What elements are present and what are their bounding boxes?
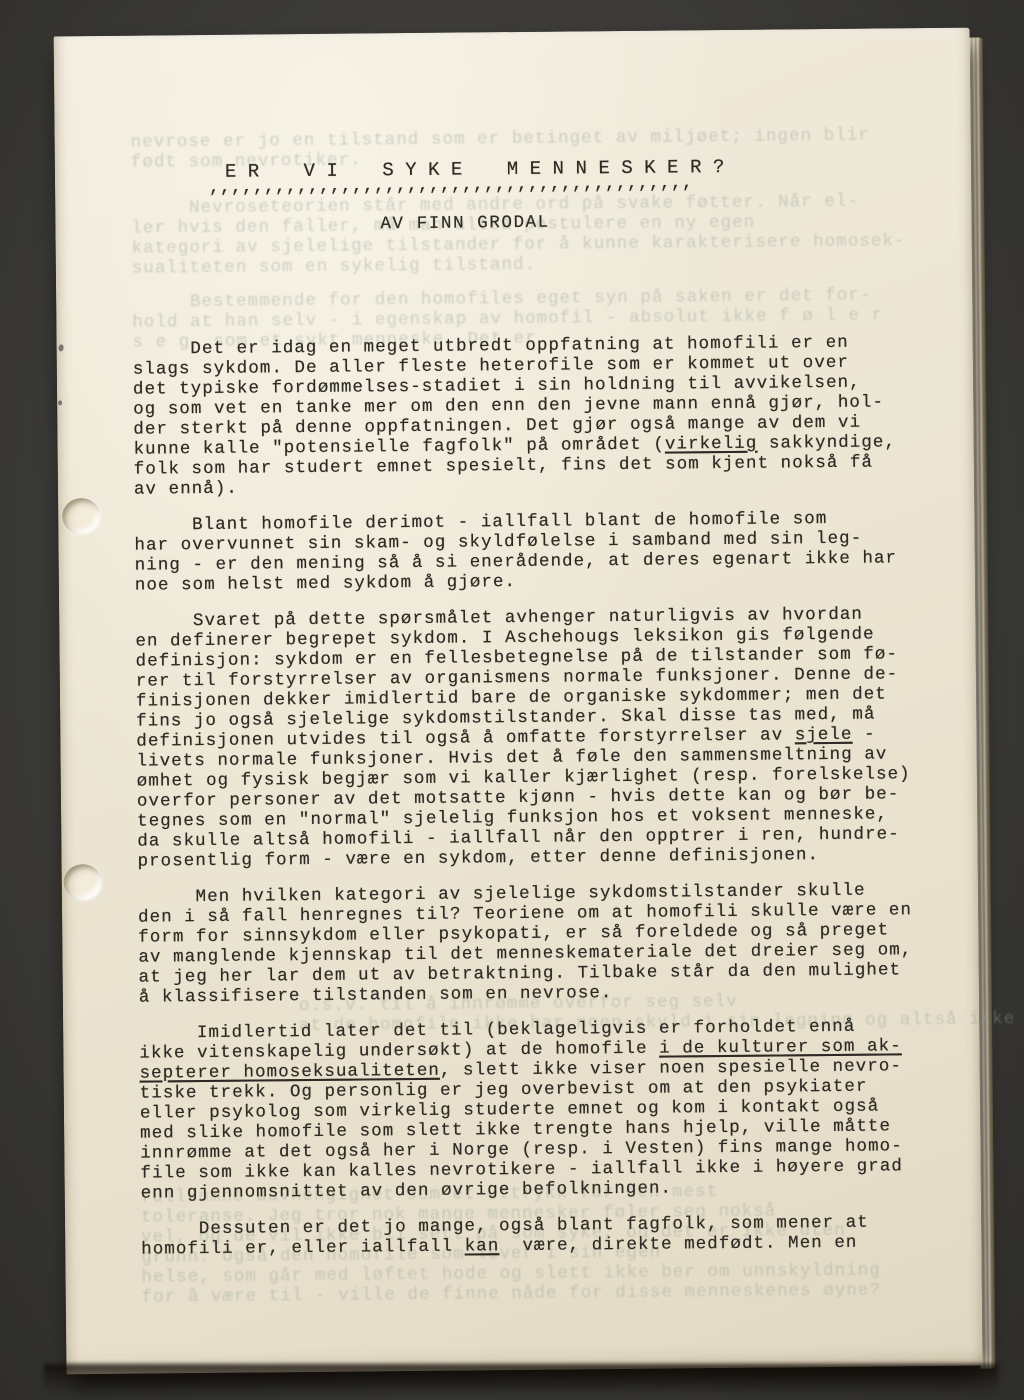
paragraph: Svaret på dette spørsmålet avhenger natu… xyxy=(135,604,983,872)
paragraph: Blant homofile derimot - iallfall blant … xyxy=(134,508,981,596)
paragraph: Det er idag en meget utbredt oppfatning … xyxy=(133,332,980,500)
page-bottom-shadow xyxy=(44,1364,998,1394)
document-page: nevrose er jo en tilstand som er betinge… xyxy=(54,28,983,1375)
paragraph: Imidlertid later det til (beklageligvis … xyxy=(139,1016,987,1204)
title-underline: ,,,,,,,,,,,,,,,,,,,,,,,,,,,,,,,,,,,,,,,,… xyxy=(209,173,693,198)
paragraph: Dessuten er det jo mange, også blant fag… xyxy=(141,1212,987,1260)
typed-content: ER VI SYKE MENNESKER? ,,,,,,,,,,,,,,,,,,… xyxy=(54,28,983,1375)
page-stack: nevrose er jo en tilstand som er betinge… xyxy=(54,28,983,1375)
byline: AV FINN GRODAL xyxy=(380,213,550,235)
photo-background: nevrose er jo en tilstand som er betinge… xyxy=(0,0,1024,1400)
document-body: Det er idag en meget utbredt oppfatning … xyxy=(133,332,988,1276)
paragraph: Men hvilken kategori av sjelelige sykdom… xyxy=(138,880,985,1008)
